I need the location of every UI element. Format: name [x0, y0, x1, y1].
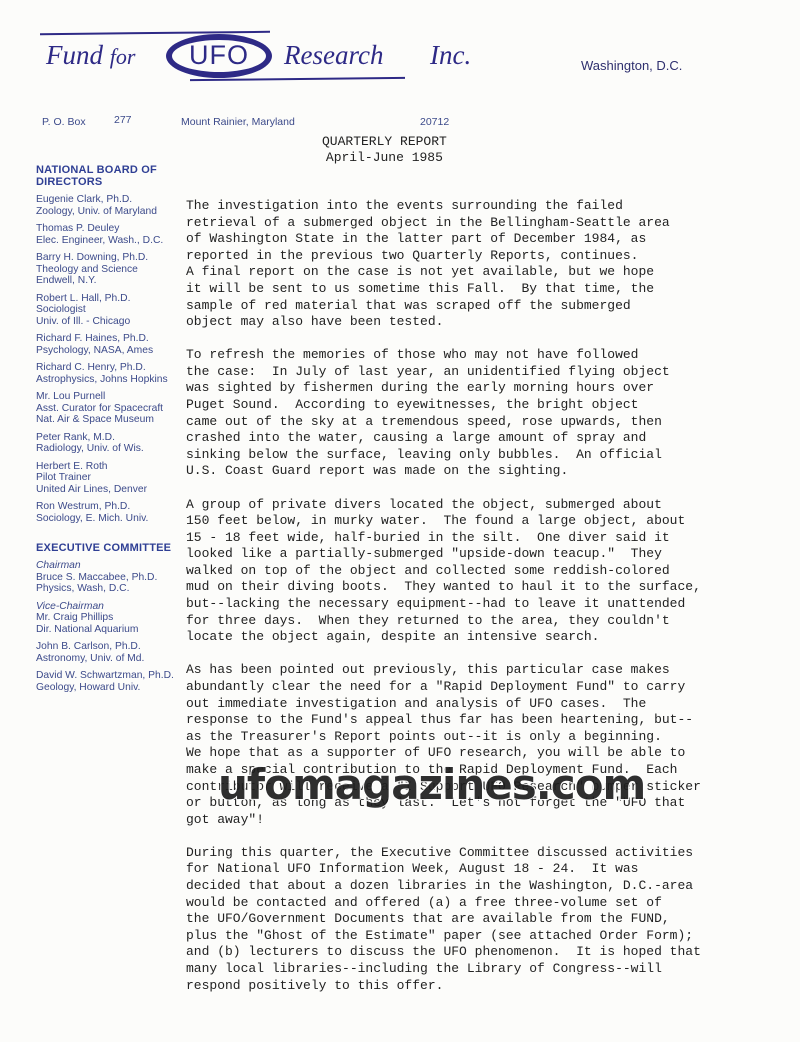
- address-zip: 20712: [420, 116, 449, 128]
- member-line: Geology, Howard Univ.: [36, 682, 186, 694]
- member-entry: Herbert E. RothPilot TrainerUnited Air L…: [36, 461, 186, 496]
- member-line: Nat. Air & Space Museum: [36, 414, 186, 426]
- member-line: David W. Schwartzman, Ph.D.: [36, 670, 186, 682]
- body-paragraph: The investigation into the events surrou…: [186, 198, 746, 331]
- logo-fund-for: Fund for: [46, 40, 135, 71]
- body-paragraph: A group of private divers located the ob…: [186, 497, 746, 646]
- report-heading: QUARTERLY REPORT April-June 1985: [322, 134, 447, 166]
- member-entry: Richard F. Haines, Ph.D.Psychology, NASA…: [36, 333, 186, 356]
- member-line: Ron Westrum, Ph.D.: [36, 501, 186, 513]
- member-entry: Ron Westrum, Ph.D.Sociology, E. Mich. Un…: [36, 501, 186, 524]
- member-entry: Peter Rank, M.D.Radiology, Univ. of Wis.: [36, 432, 186, 455]
- member-line: Physics, Wash, D.C.: [36, 583, 186, 595]
- logo-research: Research: [284, 40, 383, 71]
- member-line: Endwell, N.Y.: [36, 275, 186, 287]
- member-entry: ChairmanBruce S. Maccabee, Ph.D.Physics,…: [36, 560, 186, 595]
- member-line: John B. Carlson, Ph.D.: [36, 641, 186, 653]
- logo-ufo: UFO: [166, 40, 272, 71]
- report-period: April-June 1985: [322, 150, 447, 166]
- body-paragraph: During this quarter, the Executive Commi…: [186, 845, 746, 994]
- letterhead-city: Washington, D.C.: [581, 58, 682, 73]
- member-line: Astrophysics, Johns Hopkins: [36, 374, 186, 386]
- member-role: Vice-Chairman: [36, 601, 186, 613]
- member-line: United Air Lines, Denver: [36, 484, 186, 496]
- member-line: Radiology, Univ. of Wis.: [36, 443, 186, 455]
- member-line: Psychology, NASA, Ames: [36, 345, 186, 357]
- watermark: ufomagazines.com: [218, 760, 645, 809]
- member-line: Robert L. Hall, Ph.D.: [36, 293, 186, 305]
- po-box-number: 277: [114, 114, 132, 126]
- board-list: Eugenie Clark, Ph.D.Zoology, Univ. of Ma…: [36, 194, 186, 524]
- member-line: Elec. Engineer, Wash., D.C.: [36, 235, 186, 247]
- member-line: Sociologist: [36, 304, 186, 316]
- member-line: Asst. Curator for Spacecraft: [36, 403, 186, 415]
- member-line: Dir. National Aquarium: [36, 624, 186, 636]
- po-box-label: P. O. Box: [42, 116, 86, 128]
- member-line: Astronomy, Univ. of Md.: [36, 653, 186, 665]
- member-line: Barry H. Downing, Ph.D.: [36, 252, 186, 264]
- report-body: The investigation into the events surrou…: [186, 198, 746, 1011]
- body-paragraph: To refresh the memories of those who may…: [186, 347, 746, 480]
- member-line: Richard C. Henry, Ph.D.: [36, 362, 186, 374]
- member-entry: David W. Schwartzman, Ph.D.Geology, Howa…: [36, 670, 186, 693]
- member-entry: Robert L. Hall, Ph.D.SociologistUniv. of…: [36, 293, 186, 328]
- member-line: Peter Rank, M.D.: [36, 432, 186, 444]
- member-entry: Thomas P. DeuleyElec. Engineer, Wash., D…: [36, 223, 186, 246]
- member-line: Richard F. Haines, Ph.D.: [36, 333, 186, 345]
- executive-list: ChairmanBruce S. Maccabee, Ph.D.Physics,…: [36, 560, 186, 693]
- logo-inc: Inc.: [430, 40, 471, 71]
- member-line: Univ. of Ill. - Chicago: [36, 316, 186, 328]
- report-title: QUARTERLY REPORT: [322, 134, 447, 150]
- member-line: Theology and Science: [36, 264, 186, 276]
- board-heading: NATIONAL BOARD OF DIRECTORS: [36, 164, 186, 188]
- member-role: Chairman: [36, 560, 186, 572]
- member-entry: Mr. Lou PurnellAsst. Curator for Spacecr…: [36, 391, 186, 426]
- executive-heading: EXECUTIVE COMMITTEE: [36, 542, 186, 554]
- member-line: Mr. Craig Phillips: [36, 612, 186, 624]
- sidebar-directors: NATIONAL BOARD OF DIRECTORS Eugenie Clar…: [36, 164, 186, 699]
- member-line: Zoology, Univ. of Maryland: [36, 206, 186, 218]
- member-entry: Eugenie Clark, Ph.D.Zoology, Univ. of Ma…: [36, 194, 186, 217]
- member-entry: Vice-ChairmanMr. Craig PhillipsDir. Nati…: [36, 601, 186, 636]
- letterhead-logo: Fund for UFO Research Inc.: [38, 26, 478, 88]
- member-line: Pilot Trainer: [36, 472, 186, 484]
- member-line: Sociology, E. Mich. Univ.: [36, 513, 186, 525]
- member-line: Thomas P. Deuley: [36, 223, 186, 235]
- member-line: Eugenie Clark, Ph.D.: [36, 194, 186, 206]
- member-entry: Richard C. Henry, Ph.D.Astrophysics, Joh…: [36, 362, 186, 385]
- member-line: Herbert E. Roth: [36, 461, 186, 473]
- address-town: Mount Rainier, Maryland: [181, 116, 295, 128]
- member-line: Bruce S. Maccabee, Ph.D.: [36, 572, 186, 584]
- member-entry: John B. Carlson, Ph.D.Astronomy, Univ. o…: [36, 641, 186, 664]
- member-entry: Barry H. Downing, Ph.D.Theology and Scie…: [36, 252, 186, 287]
- member-line: Mr. Lou Purnell: [36, 391, 186, 403]
